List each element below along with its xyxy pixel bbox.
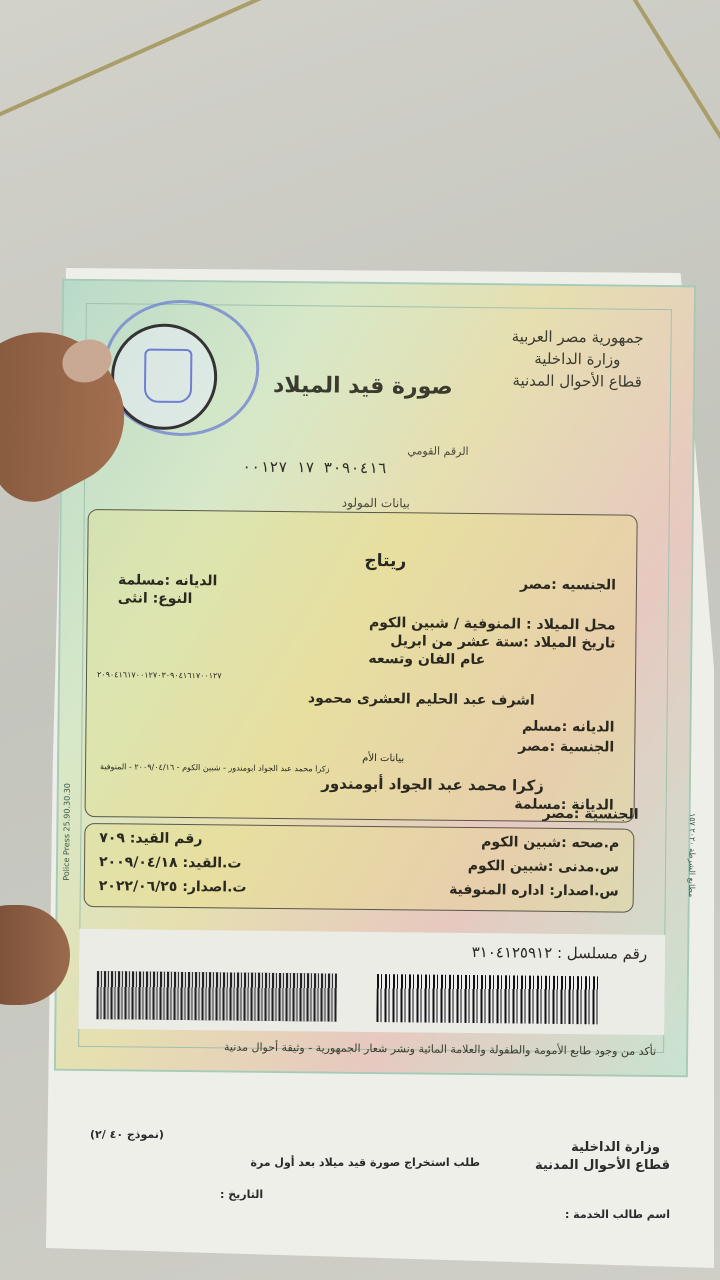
birth-certificate: جمهورية مصر العربية وزارة الداخلية قطاع … xyxy=(54,279,696,1078)
newborn-birthplace: محل الميلاد : المنوفية / شبين الكوم xyxy=(369,615,616,634)
request-form: وزارة الداخلية قطاع الأحوال المدنية طلب … xyxy=(60,1100,700,1240)
mother-nationality: الجنسية :مصر xyxy=(543,806,639,823)
mother-detail-line: زكرا محمد عبد الجواد ابومندور - شبين الك… xyxy=(100,762,330,773)
father-religion: الديانه :مسلم xyxy=(522,719,615,736)
newborn-nationality: الجنسيه :مصر xyxy=(520,577,616,594)
printer-imprint: Police Press 25.90.30.30 xyxy=(62,783,72,881)
certificate-header: جمهورية مصر العربية وزارة الداخلية قطاع … xyxy=(511,325,644,392)
registry-details-box: م.صحه :شبين الكوم س.مدنى :شبين الكوم س.ا… xyxy=(84,823,635,913)
mother-section-label: بيانات الأم xyxy=(362,753,404,764)
national-id-label: الرقم القومي xyxy=(407,444,468,458)
serial-label: رقم مسلسل : xyxy=(557,944,647,963)
civil-office: س.مدنى :شبين الكوم xyxy=(468,858,619,876)
newborn-section-label: بيانات المولود xyxy=(342,496,410,511)
barcode-icon xyxy=(376,974,598,1024)
issue-date: ت.اصدار: ٢٠٢٢/٠٦/٢٥ xyxy=(99,878,247,896)
form-sector: قطاع الأحوال المدنية xyxy=(535,1158,670,1173)
form-date-label: التاريخ : xyxy=(220,1188,263,1201)
newborn-details-box: ريتاج الجنسيه :مصر الديانه :مسلمة النوع:… xyxy=(85,509,638,823)
registry-code-line: ٢٠٩٠٤١٦١٧٠٠١٢٧٠٣٠٩٠٤١٦١٧٠٠١٢٧ xyxy=(97,670,222,680)
entry-number: رقم القيد: ٧٠٩ xyxy=(99,830,202,847)
2d-barcode-icon xyxy=(96,971,336,1022)
form-title: طلب استخراج صورة قيد ميلاد بعد أول مرة xyxy=(250,1156,480,1169)
health-office: م.صحه :شبين الكوم xyxy=(481,834,619,851)
serial-number: ٣١٠٤١٢٥٩١٢ xyxy=(472,943,553,962)
serial-number-row: رقم مسلسل : ٣١٠٤١٢٥٩١٢ xyxy=(472,943,648,963)
father-nationality: الجنسية :مصر xyxy=(518,739,614,756)
newborn-name: ريتاج xyxy=(364,551,406,571)
certificate-title: صورة قيد الميلاد xyxy=(273,373,453,400)
newborn-birthyear: عام الفان وتسعه xyxy=(368,651,485,668)
issuing-office: س.اصدار: اداره المنوفية xyxy=(449,882,619,900)
printer-imprint-arabic: مطابع الشرطة ٢٠٢٠ ١٥٧ xyxy=(687,813,697,897)
father-name: اشرف عبد الحليم العشرى محمود xyxy=(308,690,535,708)
entry-date: ت.القيد: ٢٠٠٩/٠٤/١٨ xyxy=(99,854,242,871)
form-number: (نموذج ٤٠ /٢) xyxy=(90,1128,164,1141)
form-applicant-label: اسم طالب الخدمة : xyxy=(565,1208,670,1221)
mother-name: زكرا محمد عبد الجواد أبومندور xyxy=(321,774,544,794)
hologram-seal-icon xyxy=(111,323,218,430)
newborn-birthdate: تاريخ الميلاد :ستة عشر من ابريل xyxy=(390,633,615,651)
newborn-gender: النوع: انثى xyxy=(118,590,193,607)
form-ministry: وزارة الداخلية xyxy=(571,1140,660,1155)
national-id: ٣٠٩٠٤١٦ ١٧ ٠٠١٢٧ xyxy=(242,458,387,478)
eagle-emblem-icon xyxy=(144,349,193,403)
newborn-religion: الديانه :مسلمة xyxy=(118,572,218,589)
